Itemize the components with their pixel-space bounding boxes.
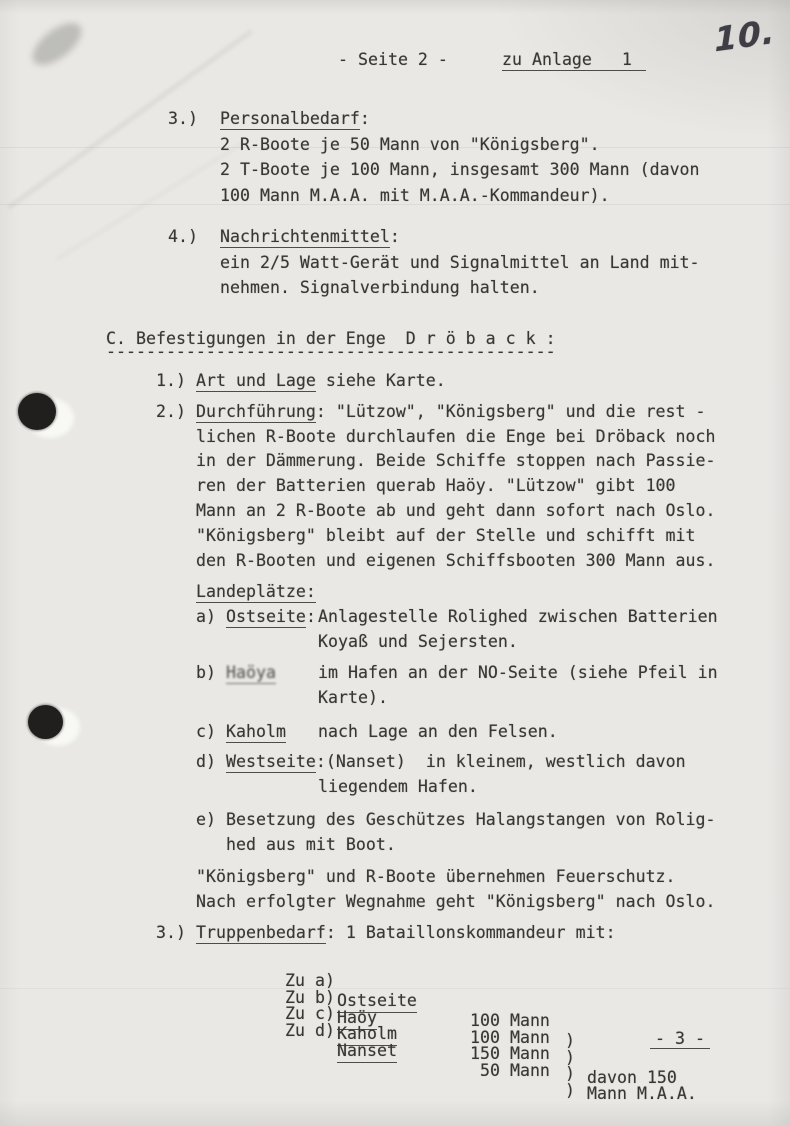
- scanned-document-page: 10. - Seite 2 - zu Anlage 1 3.)Personalb…: [0, 0, 790, 1126]
- annex-reference-text: zu Anlage 1: [502, 50, 646, 71]
- section-3-line-3: 100 Mann M.A.A. mit M.A.A.-Kommandeur).: [220, 186, 610, 206]
- c-item-1-marker: 1.): [156, 371, 196, 391]
- landing-item-a-marker: a): [196, 607, 226, 627]
- section-4-title-colon: :: [390, 227, 400, 246]
- troop-table-row: Zu c) Kaholm 150 Mann ) Mann M.A.A.: [0, 984, 790, 1002]
- c-item-2-line-3: ren der Batterien querab Haöy. "Lützow" …: [196, 476, 676, 496]
- landing-item-b-marker: b): [196, 663, 226, 683]
- header-annex-reference: zu Anlage 1: [502, 50, 646, 70]
- landing-item-a-name: Ostseite: [226, 607, 306, 628]
- landing-item-c-desc: nach Lage an den Felsen.: [318, 722, 558, 741]
- handwritten-folio-number: 10.: [714, 12, 776, 60]
- landing-item-c-marker: c): [196, 722, 226, 742]
- c-item-2-heading: 2.)Durchführung: "Lützow", "Königsberg" …: [156, 402, 706, 422]
- c-item-2-line-5: "Königsberg" bleibt auf der Stelle und s…: [196, 526, 696, 546]
- landing-item-b-name-cell: Haöya: [226, 663, 318, 683]
- c-item-1-rest: siehe Karte.: [316, 371, 446, 390]
- landing-item-e: e)Besetzung des Geschützes Halangstangen…: [196, 810, 716, 830]
- c-item-3-marker: 3.): [156, 923, 196, 943]
- c-closing-line-2: Nach erfolgter Wegnahme geht "Königsberg…: [196, 892, 716, 912]
- c-closing-line-1: "Königsberg" und R-Boote übernehmen Feue…: [196, 867, 676, 887]
- c-item-2-rest: : "Lützow", "Königsberg" und die rest -: [316, 402, 706, 421]
- c-item-3-rest: : 1 Bataillonskommandeur mit:: [326, 923, 616, 942]
- landing-item-c-name-cell: Kaholm: [226, 722, 318, 742]
- hole-punch-bottom: [28, 705, 63, 739]
- footer-page-number-text: - 3 -: [650, 1029, 710, 1049]
- c-item-2-line-6: den R-Booten und eigenen Schiffsbooten 3…: [196, 551, 716, 571]
- landing-item-d-colon: :: [316, 752, 326, 771]
- footer-page-number: - 3 -: [650, 1029, 710, 1049]
- troop-table-row: Zu a) Ostseite 100 Mann ): [0, 951, 790, 969]
- hole-punch-top: [18, 393, 56, 430]
- landing-item-b-name: Haöya: [226, 663, 276, 684]
- landing-item-e-text-2: hed aus mit Boot.: [226, 835, 396, 855]
- landing-sites-title: Landeplätze:: [196, 582, 316, 602]
- c-item-2-marker: 2.): [156, 402, 196, 422]
- troop-table-row: Zu d) Nanset 50 Mann ): [0, 1001, 790, 1019]
- section-4-heading: 4.)Nachrichtenmittel:: [168, 227, 400, 247]
- landing-item-e-marker: e): [196, 810, 226, 830]
- c-item-1-underlined: Art und Lage: [196, 371, 316, 392]
- landing-item-c: c)Kaholmnach Lage an den Felsen.: [196, 722, 558, 742]
- troop-row-note: Mann M.A.A.: [587, 1084, 697, 1104]
- troop-row-count: 50 Mann: [470, 1061, 550, 1081]
- troop-row-brace: ): [565, 1081, 575, 1101]
- landing-item-a: a)Ostseite:Anlagestelle Rolighed zwische…: [196, 607, 718, 627]
- landing-item-a-desc: Anlagestelle Rolighed zwischen Batterien: [318, 607, 718, 626]
- section-3-marker: 3.): [168, 109, 220, 129]
- c-item-1: 1.)Art und Lage siehe Karte.: [156, 371, 446, 391]
- c-item-2-underlined: Durchführung: [196, 402, 316, 423]
- c-item-3-underlined: Truppenbedarf: [196, 923, 326, 944]
- landing-item-a-colon: :: [306, 607, 316, 626]
- troop-row-place: Nanset: [337, 1041, 397, 1063]
- landing-item-d-paren: (Nanset): [326, 752, 406, 771]
- landing-item-d: d)Westseite:(Nanset) in kleinem, westlic…: [196, 752, 686, 772]
- landing-item-e-text: Besetzung des Geschützes Halangstangen v…: [226, 810, 716, 829]
- section-4-title: Nachrichtenmittel: [220, 227, 390, 248]
- section-4-line-1: ein 2/5 Watt-Gerät und Signalmittel an L…: [220, 253, 700, 273]
- section-3-line-1: 2 R-Boote je 50 Mann von "Königsberg".: [220, 135, 600, 155]
- landing-item-b-desc: im Hafen an der NO-Seite (siehe Pfeil in: [318, 663, 718, 682]
- troop-row-zu: Zu d): [285, 1021, 335, 1041]
- landing-item-a-name-cell: Ostseite:: [226, 607, 318, 627]
- landing-item-b-desc-2: Karte).: [318, 688, 388, 708]
- landing-item-b: b)Haöyaim Hafen an der NO-Seite (siehe P…: [196, 663, 718, 683]
- landing-item-c-name: Kaholm: [226, 722, 286, 743]
- section-3-title: Personalbedarf: [220, 109, 360, 130]
- c-item-2-line-1: lichen R-Boote durchlaufen die Enge bei …: [196, 427, 716, 447]
- section-4-marker: 4.): [168, 227, 220, 247]
- section-c-dashed-underline: ----------------------------------------…: [106, 342, 556, 362]
- landing-item-d-marker: d): [196, 752, 226, 772]
- section-4-line-2: nehmen. Signalverbindung halten.: [220, 278, 540, 298]
- header-page-label: - Seite 2 -: [338, 50, 448, 70]
- c-item-2-line-2: in der Dämmerung. Beide Schiffe stoppen …: [196, 451, 716, 471]
- page-number-text: - Seite 2 -: [338, 50, 448, 69]
- paper-smudge: [26, 15, 89, 73]
- landing-item-a-desc-2: Koyaß und Sejersten.: [318, 632, 518, 652]
- c-item-2-line-4: Mann an 2 R-Boote ab und geht dann sofor…: [196, 501, 716, 521]
- landing-sites-title-text: Landeplätze:: [196, 582, 316, 603]
- section-3-title-colon: :: [360, 109, 370, 128]
- c-item-3-heading: 3.)Truppenbedarf: 1 Bataillonskommandeur…: [156, 923, 616, 943]
- landing-item-d-name: Westseite: [226, 752, 316, 773]
- section-3-heading: 3.)Personalbedarf:: [168, 109, 370, 129]
- landing-item-d-desc: in kleinem, westlich davon: [406, 752, 686, 771]
- section-3-line-2: 2 T-Boote je 100 Mann, insgesamt 300 Man…: [220, 160, 700, 180]
- landing-item-d-desc-2: liegendem Hafen.: [318, 777, 478, 797]
